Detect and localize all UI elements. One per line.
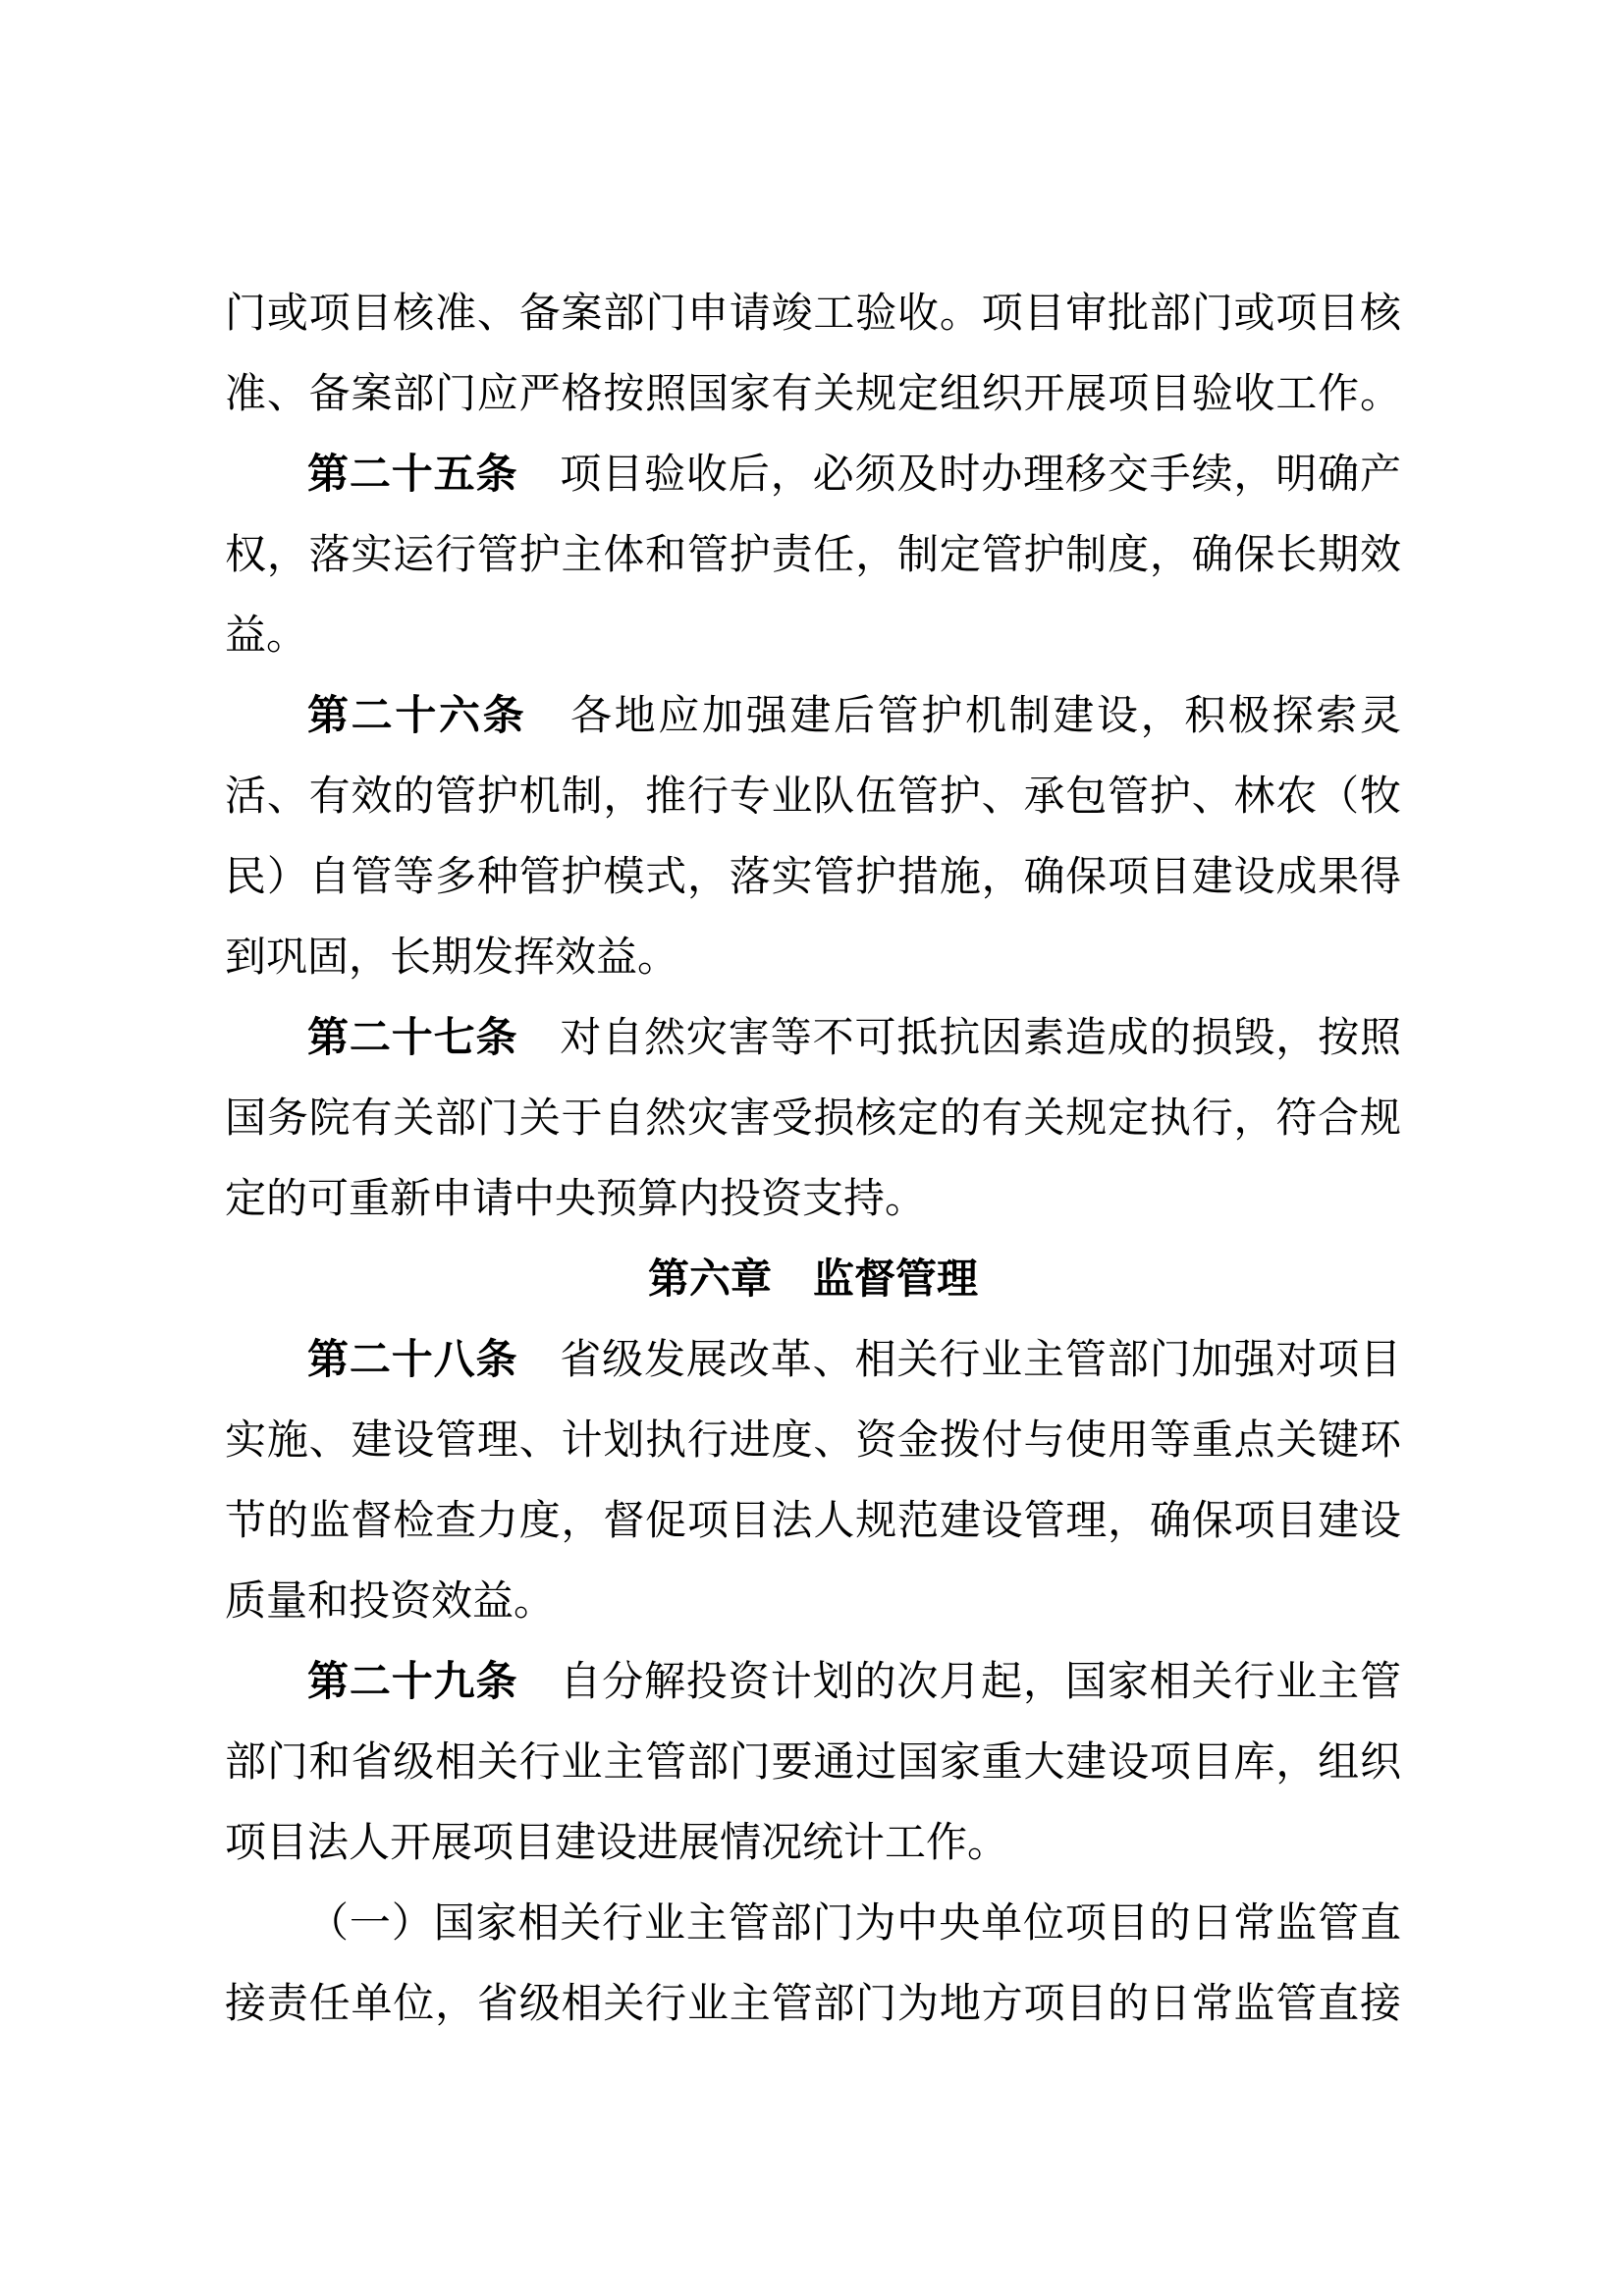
document-line: 第二十九条 自分解投资计划的次月起，国家相关行业主管 xyxy=(225,1641,1401,1722)
document-line: 项目法人开展项目建设进展情况统计工作。 xyxy=(225,1802,1401,1883)
article-number: 第二十五条 xyxy=(307,450,517,498)
document-line: 节的监督检查力度，督促项目法人规范建设管理，确保项目建设 xyxy=(225,1480,1401,1561)
document-line: 第二十六条 各地应加强建后管护机制建设，积极探索灵 xyxy=(225,675,1401,756)
document-line: 门或项目核准、备案部门申请竣工验收。项目审批部门或项目核 xyxy=(225,273,1401,353)
document-line: 接责任单位，省级相关行业主管部门为地方项目的日常监管直接 xyxy=(225,1963,1401,2044)
document-line: 活、有效的管护机制，推行专业队伍管护、承包管护、林农（牧 xyxy=(225,756,1401,836)
document-line: 准、备案部门应严格按照国家有关规定组织开展项目验收工作。 xyxy=(225,353,1401,434)
document-line: 部门和省级相关行业主管部门要通过国家重大建设项目库，组织 xyxy=(225,1722,1401,1802)
article-number: 第二十七条 xyxy=(307,1013,517,1061)
document-line: 民）自管等多种管护模式，落实管护措施，确保项目建设成果得 xyxy=(225,836,1401,917)
document-line: 国务院有关部门关于自然灾害受损核定的有关规定执行，符合规 xyxy=(225,1078,1401,1158)
document-line: 第二十七条 对自然灾害等不可抵抗因素造成的损毁，按照 xyxy=(225,997,1401,1078)
document-line: 第二十八条 省级发展改革、相关行业主管部门加强对项目 xyxy=(225,1319,1401,1400)
document-line: （一）国家相关行业主管部门为中央单位项目的日常监管直 xyxy=(225,1883,1401,1963)
document-line: 定的可重新申请中央预算内投资支持。 xyxy=(225,1158,1401,1239)
chapter-heading: 第六章 监督管理 xyxy=(225,1239,1401,1319)
article-number: 第二十八条 xyxy=(307,1335,517,1383)
article-number: 第二十九条 xyxy=(307,1657,517,1705)
document-line: 到巩固，长期发挥效益。 xyxy=(225,917,1401,997)
document-line: 益。 xyxy=(225,595,1401,675)
document-line: 权，落实运行管护主体和管护责任，制定管护制度，确保长期效 xyxy=(225,514,1401,595)
document-line: 实施、建设管理、计划执行进度、资金拨付与使用等重点关键环 xyxy=(225,1400,1401,1480)
document-content: 门或项目核准、备案部门申请竣工验收。项目审批部门或项目核准、备案部门应严格按照国… xyxy=(225,273,1401,2044)
document-line: 第二十五条 项目验收后，必须及时办理移交手续，明确产 xyxy=(225,434,1401,514)
document-line: 质量和投资效益。 xyxy=(225,1561,1401,1641)
article-number: 第二十六条 xyxy=(307,691,526,739)
document-page: 门或项目核准、备案部门申请竣工验收。项目审批部门或项目核准、备案部门应严格按照国… xyxy=(0,0,1624,2296)
